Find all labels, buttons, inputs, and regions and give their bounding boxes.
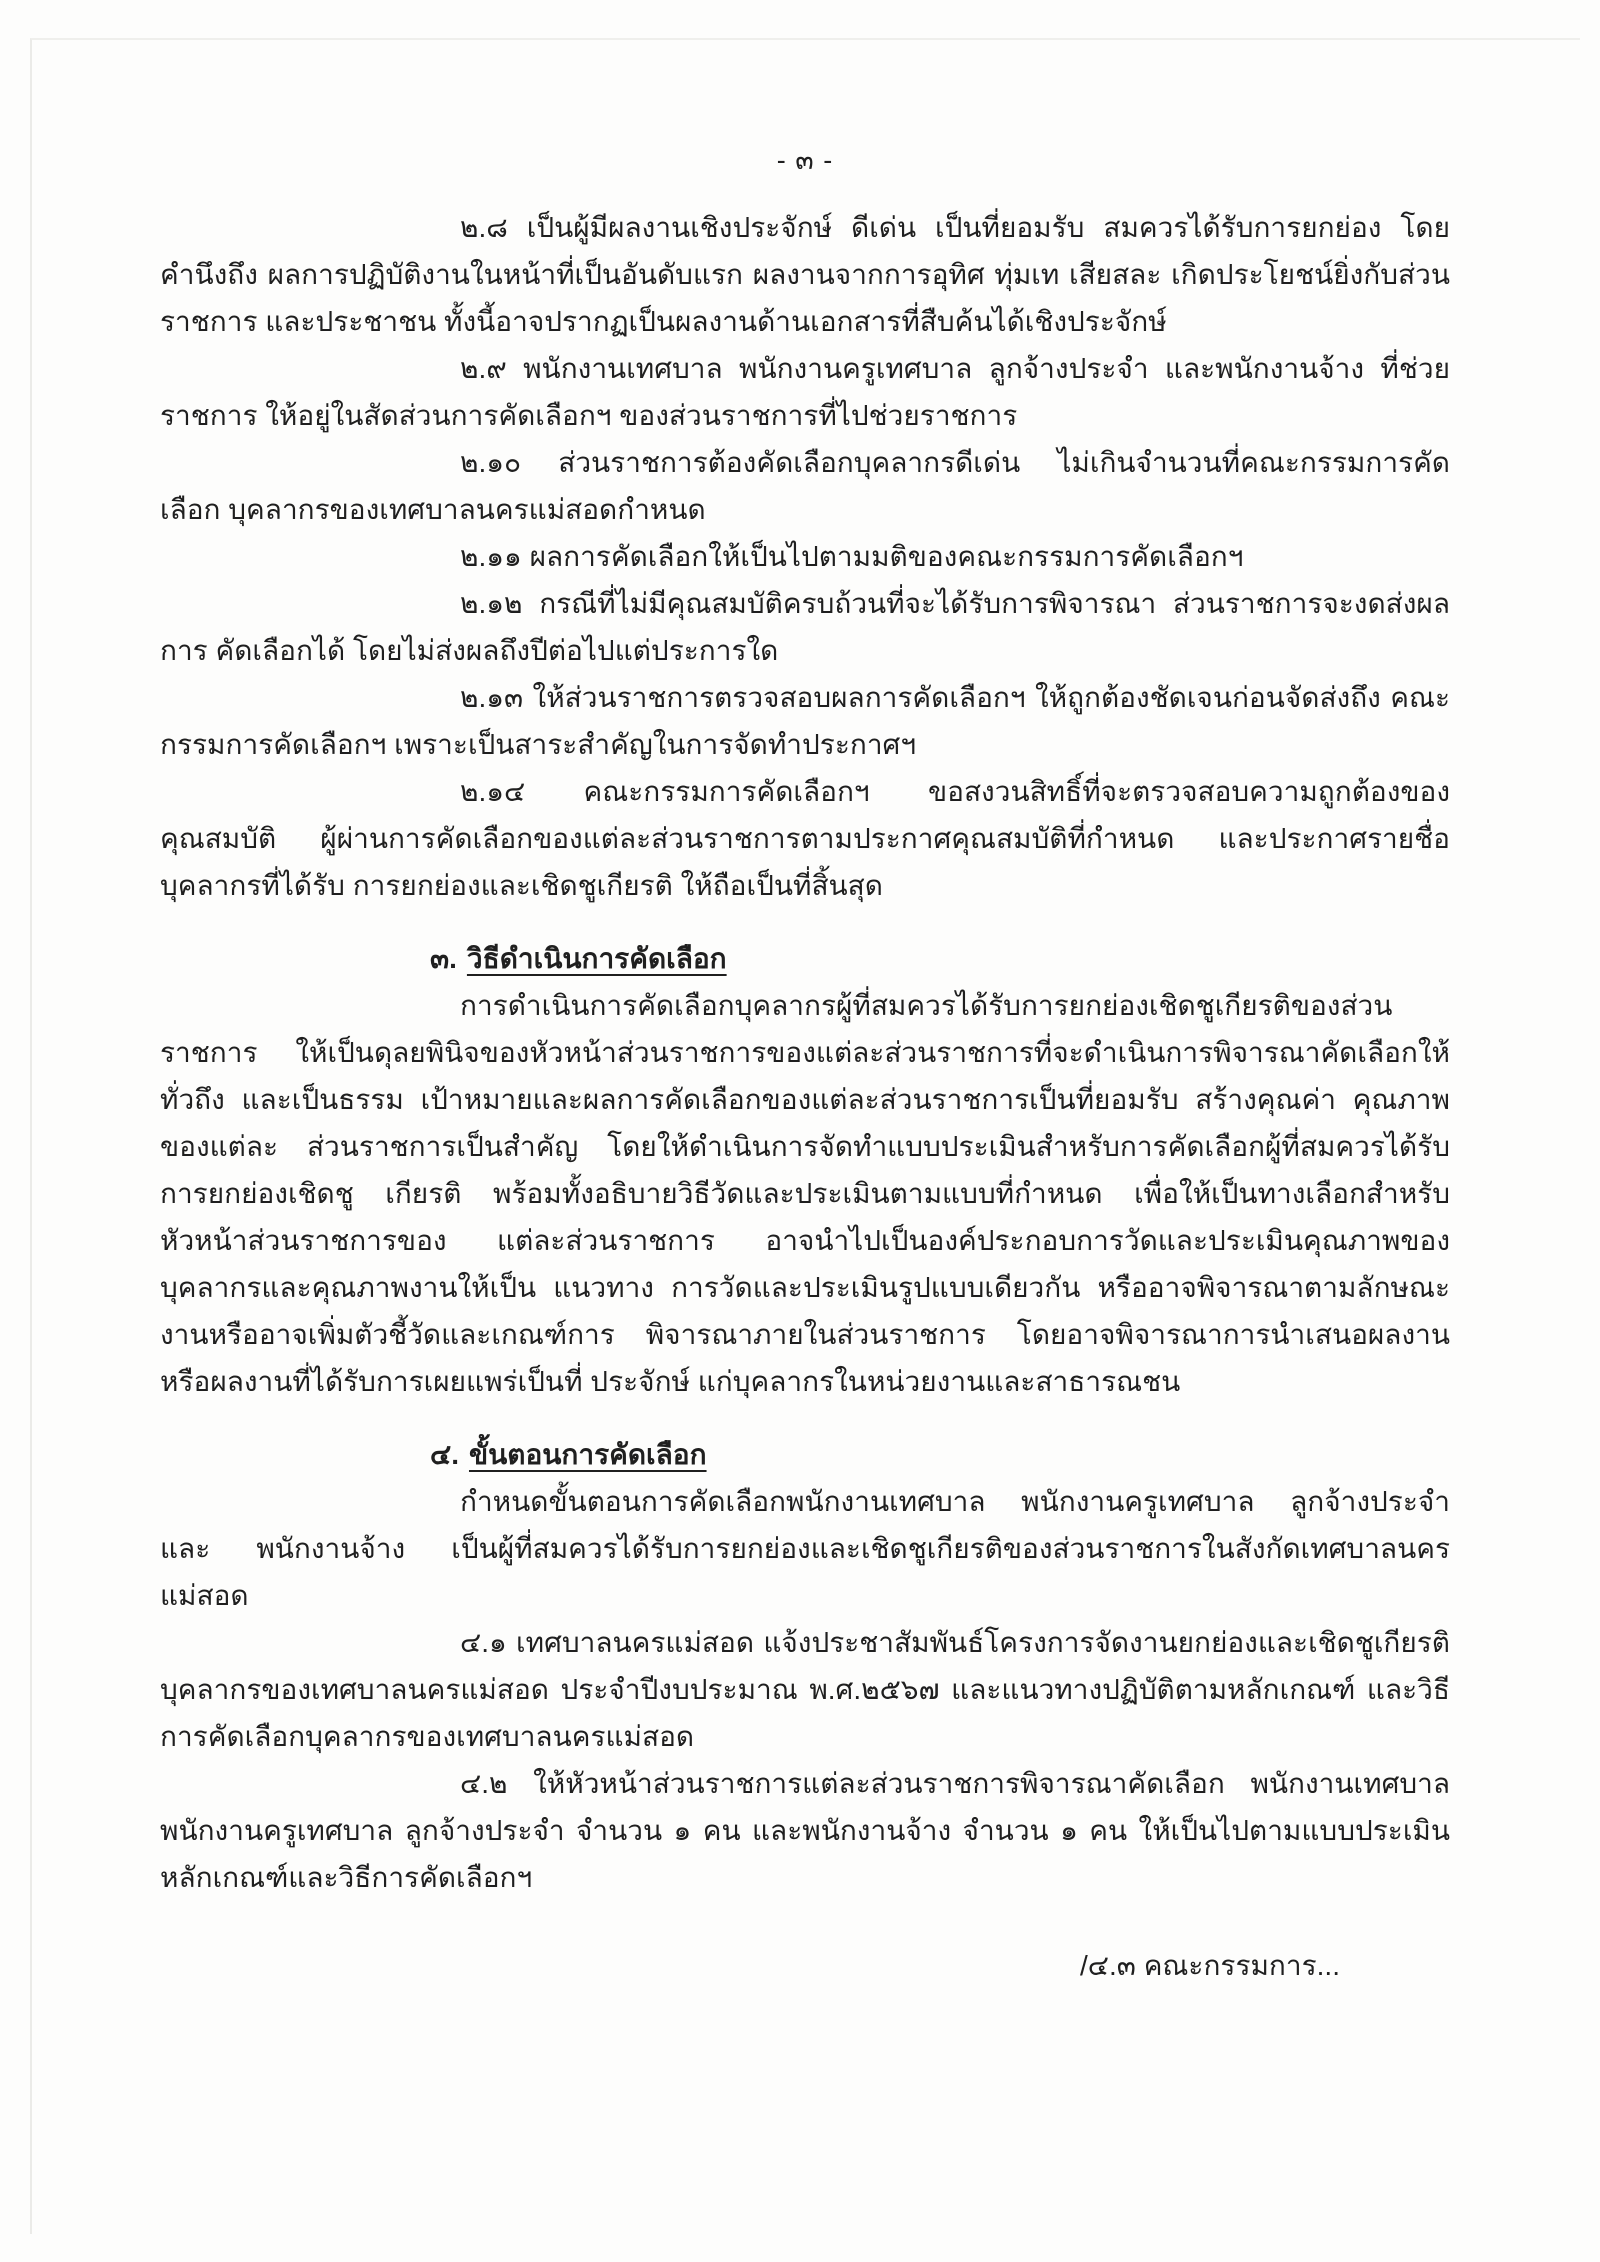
clause-2-10: ๒.๑๐ ส่วนราชการต้องคัดเลือกบุคลากรดีเด่น… (160, 439, 1450, 533)
clause-2-9: ๒.๙ พนักงานเทศบาล พนักงานครูเทศบาล ลูกจ้… (160, 345, 1450, 439)
section-title: วิธีดำเนินการคัดเลือก (467, 943, 727, 974)
clause-4-2: ๔.๒ ให้หัวหน้าส่วนราชการแต่ละส่วนราชการพ… (160, 1760, 1450, 1901)
continuation-note: /๔.๓ คณะกรรมการ... (1080, 1942, 1340, 1989)
section-heading-4: ๔.ขั้นตอนการคัดเลือก (430, 1431, 1450, 1478)
page-number: - ๓ - (160, 140, 1450, 180)
document-body: ๒.๘ เป็นผู้มีผลงานเชิงประจักษ์ ดีเด่น เป… (160, 204, 1450, 1901)
section-heading-3: ๓.วิธีดำเนินการคัดเลือก (430, 935, 1450, 982)
clause-2-11: ๒.๑๑ ผลการคัดเลือกให้เป็นไปตามมติของคณะก… (160, 533, 1450, 580)
clause-2-14: ๒.๑๔ คณะกรรมการคัดเลือกฯ ขอสงวนสิทธิ์ที่… (160, 768, 1450, 909)
section-3-paragraph: การดำเนินการคัดเลือกบุคลากรผู้ที่สมควรได… (160, 982, 1450, 1405)
section-number: ๓. (430, 943, 457, 974)
section-4-intro: กำหนดขั้นตอนการคัดเลือกพนักงานเทศบาล พนั… (160, 1478, 1450, 1619)
scanned-document-page: - ๓ - ๒.๘ เป็นผู้มีผลงานเชิงประจักษ์ ดีเ… (0, 0, 1600, 2262)
section-title: ขั้นตอนการคัดเลือก (469, 1439, 707, 1470)
clause-2-8: ๒.๘ เป็นผู้มีผลงานเชิงประจักษ์ ดีเด่น เป… (160, 204, 1450, 345)
clause-2-12: ๒.๑๒ กรณีที่ไม่มีคุณสมบัติครบถ้วนที่จะได… (160, 580, 1450, 674)
clause-2-13: ๒.๑๓ ให้ส่วนราชการตรวจสอบผลการคัดเลือกฯ … (160, 674, 1450, 768)
clause-4-1: ๔.๑ เทศบาลนครแม่สอด แจ้งประชาสัมพันธ์โคร… (160, 1619, 1450, 1760)
section-number: ๔. (430, 1439, 459, 1470)
